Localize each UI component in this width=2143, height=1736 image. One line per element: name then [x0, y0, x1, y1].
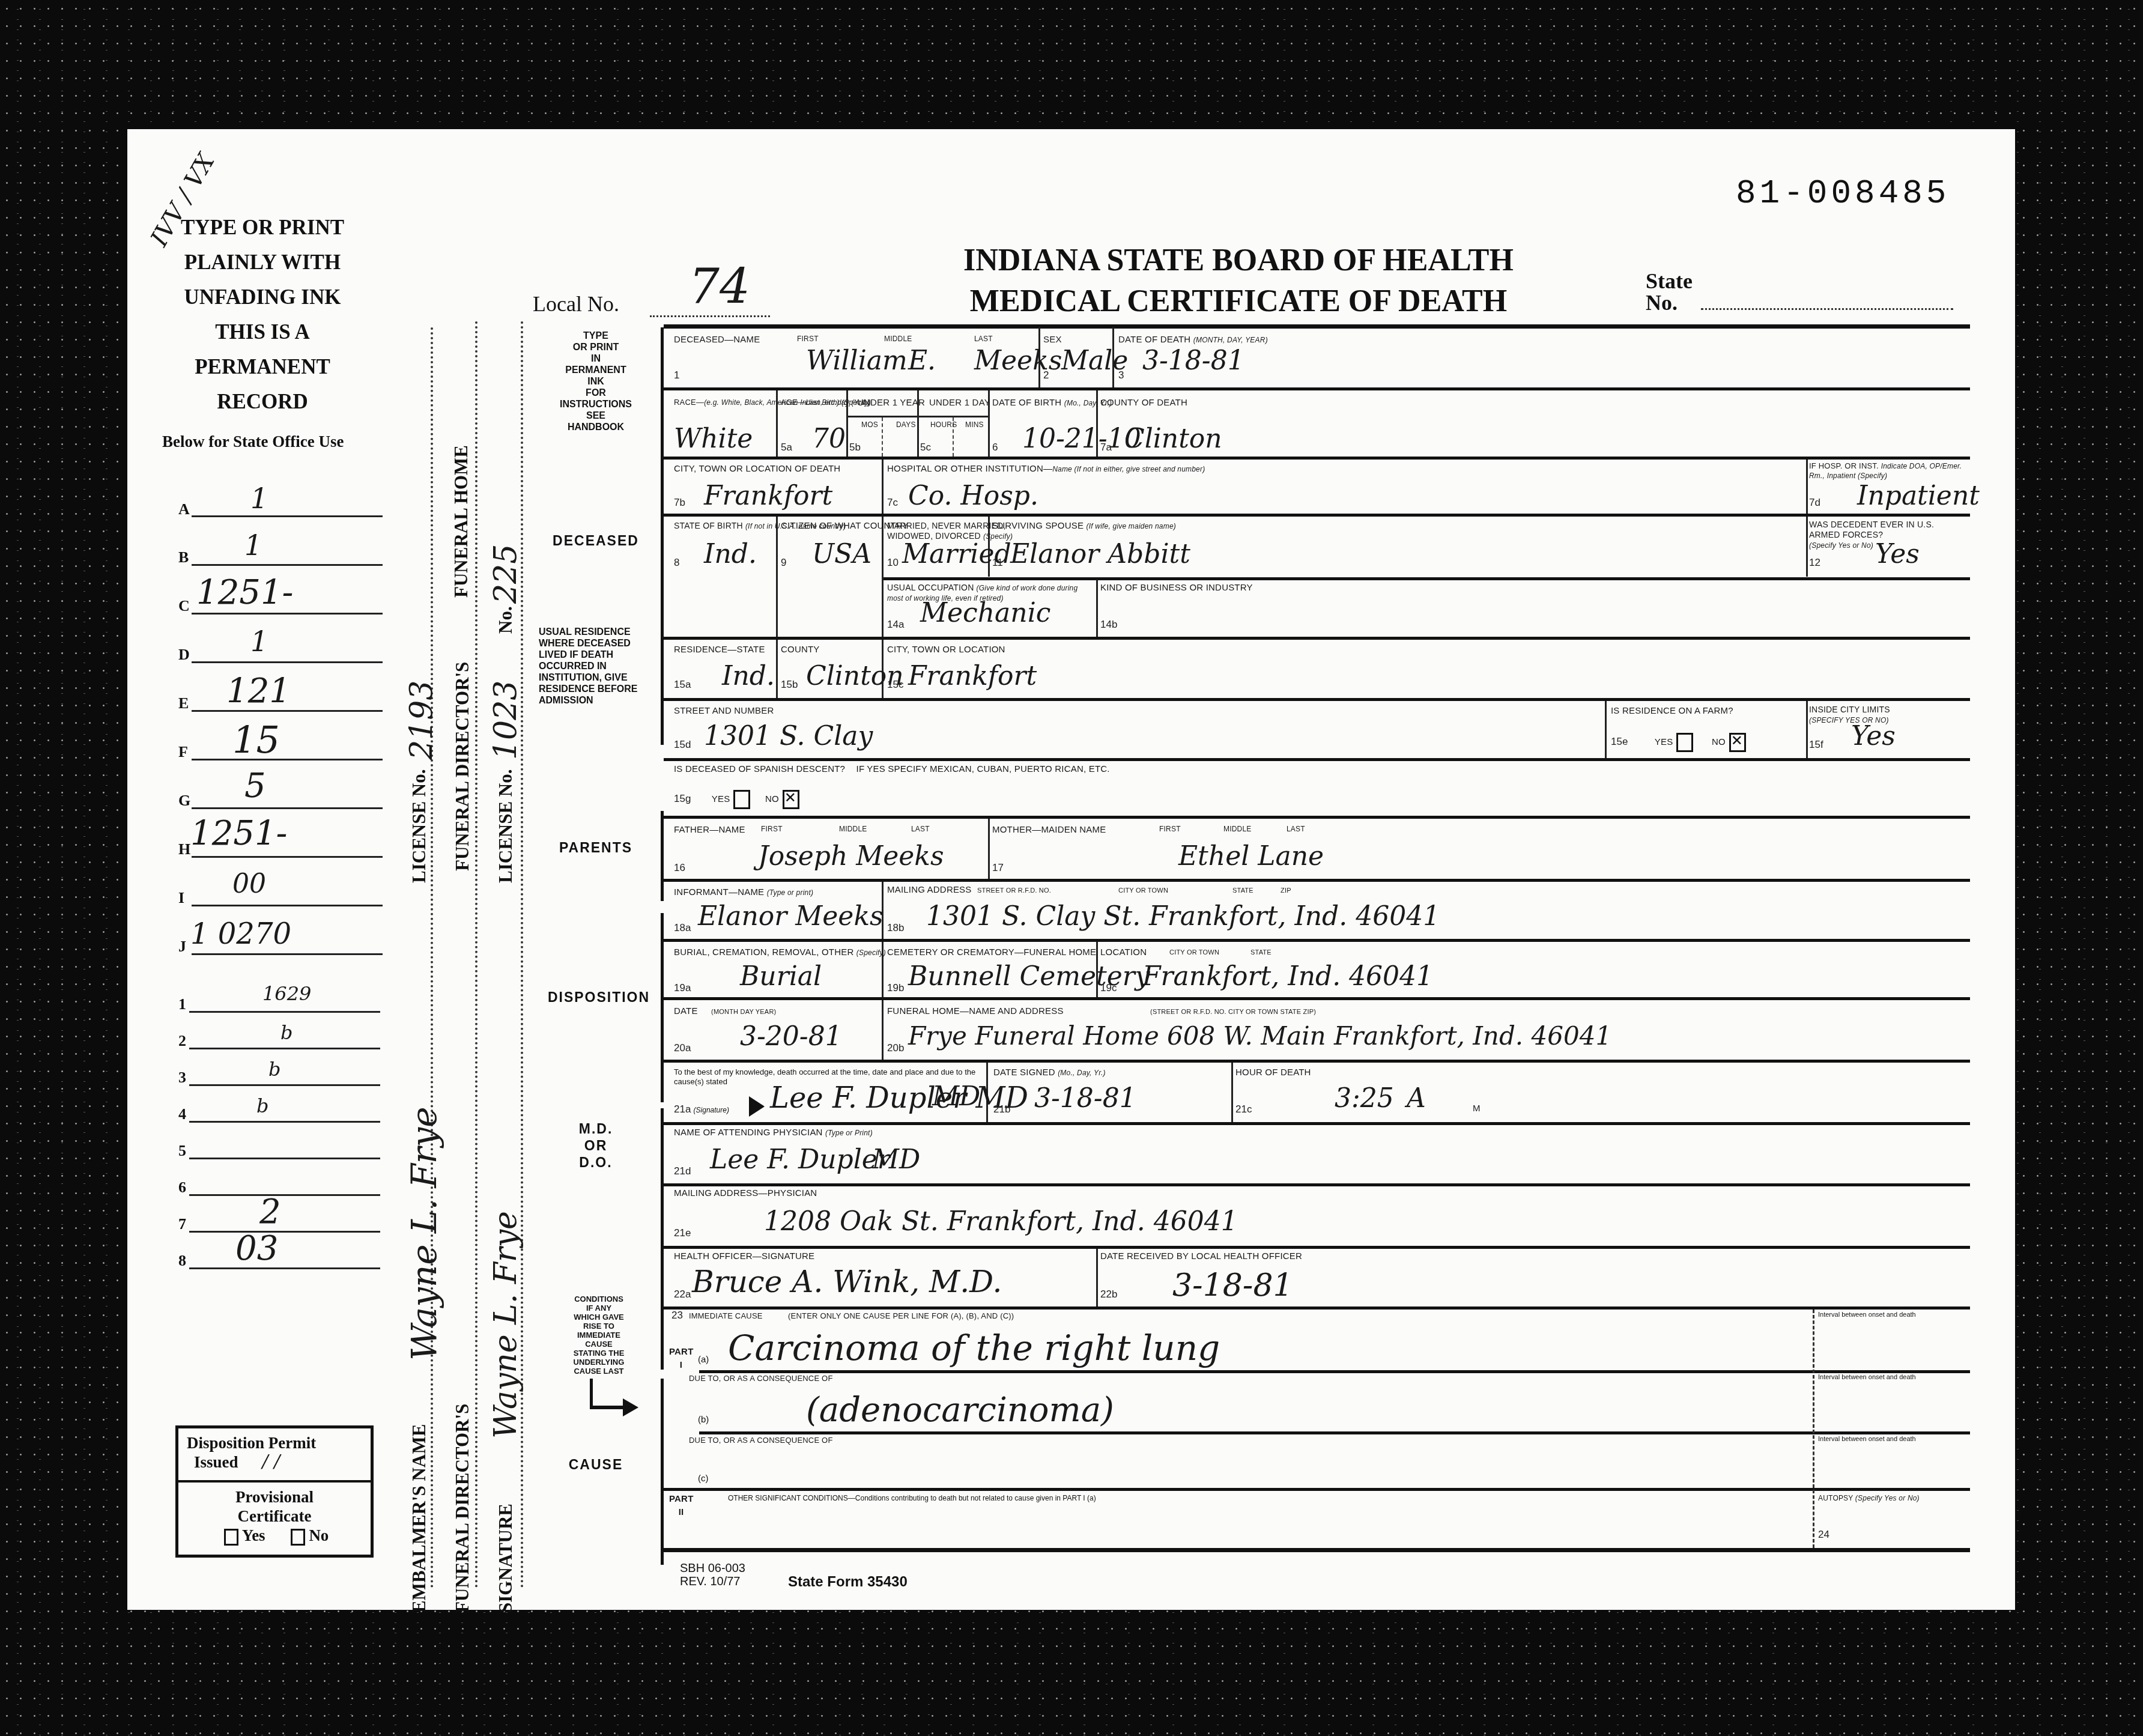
funeral-home-value[interactable]: Frye Funeral Home 608 W. Main Frankfort,…	[908, 1021, 1611, 1051]
issued-value: / /	[262, 1451, 280, 1472]
instruction-block: TYPE OR PRINT PLAINLY WITH UNFADING INK …	[163, 210, 362, 419]
funeral-home-no-label: No.	[495, 606, 517, 634]
occupation-value[interactable]: Mechanic	[920, 598, 1050, 628]
am-pm-value[interactable]: A	[1407, 1083, 1426, 1114]
state-row: J1 0270	[178, 906, 335, 955]
provisional-label: Provisional	[178, 1487, 371, 1507]
physician-address-value[interactable]: 1208 Oak St. Frankfort, Ind. 46041	[764, 1206, 1238, 1237]
death-certificate: IVV / VX TYPE OR PRINT PLAINLY WITH UNFA…	[127, 129, 2015, 1610]
state-row: 803	[178, 1233, 335, 1269]
page-title: INDIANA STATE BOARD OF HEALTH MEDICAL CE…	[944, 240, 1533, 322]
spanish-yes-checkbox[interactable]	[733, 790, 750, 809]
state-office-label: Below for State Office Use	[162, 432, 344, 451]
bracket	[661, 1379, 664, 1565]
surviving-spouse-value[interactable]: Elanor Abbitt	[1010, 539, 1190, 569]
local-no-value: 74	[689, 258, 750, 314]
race-value[interactable]: White	[674, 423, 753, 454]
state-row: 3b	[178, 1049, 335, 1086]
state-row: 72	[178, 1196, 335, 1233]
state-row: C1251-	[178, 566, 335, 615]
director-license-value: 1023	[488, 681, 524, 760]
farm-checkboxes: 15e YES NO	[1611, 733, 1750, 752]
title-line-2: MEDICAL CERTIFICATE OF DEATH	[944, 281, 1533, 322]
type-print-note: TYPEOR PRINTINPERMANENTINKFORINSTRUCTION…	[548, 330, 644, 433]
state-row: B1	[178, 517, 335, 566]
embalmer-license-label: LICENSE No.	[408, 769, 430, 884]
director-signature-label: FUNERAL DIRECTOR'S	[452, 1404, 473, 1613]
dotted-divider	[475, 321, 477, 1589]
embalmer-license-value: 2193	[404, 681, 440, 760]
certificate-label: Certificate	[178, 1507, 371, 1526]
state-row: D1	[178, 615, 335, 663]
title-line-1: INDIANA STATE BOARD OF HEALTH	[944, 240, 1533, 281]
certifier-degree: MD	[932, 1081, 980, 1112]
cemetery-location-value[interactable]: Frankfort, Ind. 46041	[1142, 961, 1433, 992]
residence-city-value[interactable]: Frankfort	[908, 661, 1037, 691]
citizenship-value[interactable]: USA	[812, 539, 871, 569]
instruction-line: THIS IS A	[163, 315, 362, 350]
health-officer-signature[interactable]: Bruce A. Wink, M.D.	[692, 1264, 1002, 1299]
usual-residence-note: USUAL RESIDENCEWHERE DECEASEDLIVED IF DE…	[539, 627, 665, 706]
deceased-name-label: DECEASED—NAME	[674, 335, 760, 345]
residence-state-value[interactable]: Ind.	[722, 661, 775, 691]
provisional-yes-checkbox[interactable]	[224, 1529, 238, 1546]
date-of-death-value[interactable]: 3-18-81	[1142, 345, 1244, 376]
state-row: 11629	[178, 976, 335, 1013]
cause-b-value[interactable]: (adenocarcinoma)	[806, 1391, 1114, 1430]
state-row: 6	[178, 1159, 335, 1196]
disposition-permit-box: Disposition Permit Issued/ / Provisional…	[175, 1425, 374, 1558]
instruction-line: RECORD	[163, 384, 362, 419]
state-row: 5	[178, 1123, 335, 1159]
informant-name-value[interactable]: Elanor Meeks	[698, 901, 884, 932]
bracket	[661, 811, 664, 901]
spanish-no-checkbox[interactable]	[783, 790, 799, 809]
spanish-checkboxes: 15g YES NO	[674, 790, 803, 809]
form-code: SBH 06-003 REV. 10/77	[680, 1562, 745, 1588]
embalmer-name-value: Wayne L. Frye	[404, 1107, 444, 1361]
funeral-home-label: FUNERAL HOME	[450, 445, 472, 598]
permit-label: Disposition Permit	[187, 1433, 365, 1452]
certifier-signature[interactable]: Lee F. Dupler MD	[770, 1081, 1028, 1115]
arrow-icon	[590, 1379, 593, 1409]
state-no-label: State No.	[1646, 270, 1693, 314]
signature-arrow-icon	[749, 1096, 765, 1117]
father-name-value[interactable]: Joseph Meeks	[758, 841, 944, 872]
burial-value[interactable]: Burial	[740, 961, 822, 992]
state-row: E121	[178, 663, 335, 712]
issued-label: Issued	[194, 1453, 238, 1471]
hour-of-death-value[interactable]: 3:25	[1335, 1083, 1394, 1114]
section-md-do: M.D.ORD.O.	[548, 1120, 644, 1171]
conditions-note: CONDITIONSIF ANYWHICH GAVERISE TOIMMEDIA…	[557, 1294, 641, 1376]
state-row: 2b	[178, 1013, 335, 1049]
bracket	[661, 1108, 664, 1370]
director-license-label-1: FUNERAL DIRECTOR'S	[452, 662, 473, 871]
local-no-line	[650, 315, 770, 317]
state-no-line	[1701, 308, 1953, 310]
date-of-birth-value[interactable]: 10-21-10	[1022, 423, 1141, 454]
state-of-birth-value[interactable]: Ind.	[704, 539, 757, 569]
state-row: A1	[178, 488, 335, 517]
deceased-middle-name[interactable]: E.	[908, 345, 936, 376]
physician-name-value[interactable]: Lee F. Dupler	[710, 1144, 890, 1175]
state-form-number: State Form 35430	[788, 1574, 908, 1591]
section-cause: CAUSE	[548, 1457, 644, 1473]
instruction-line: UNFADING INK	[163, 280, 362, 315]
instruction-line: TYPE OR PRINT	[163, 210, 362, 245]
local-no-label: Local No.	[533, 291, 619, 317]
residence-street-value[interactable]: 1301 S. Clay	[704, 721, 873, 751]
disposition-date-value[interactable]: 3-20-81	[740, 1021, 842, 1052]
director-license-label-2: LICENSE No.	[495, 769, 517, 884]
arrow-head-icon	[623, 1398, 638, 1416]
certificate-number: 81-008485	[1736, 174, 1950, 213]
section-parents: PARENTS	[548, 840, 644, 856]
age-value[interactable]: 70	[812, 423, 846, 454]
section-deceased: DECEASED	[548, 533, 644, 549]
hospital-value[interactable]: Co. Hosp.	[908, 481, 1038, 511]
state-row: F15	[178, 712, 335, 760]
provisional-no-checkbox[interactable]	[291, 1529, 305, 1546]
informant-address-value[interactable]: 1301 S. Clay St. Frankfort, Ind. 46041	[926, 901, 1440, 932]
farm-no-checkbox[interactable]	[1729, 733, 1746, 752]
city-of-death-value[interactable]: Frankfort	[704, 481, 832, 511]
funeral-home-no-value: 225	[488, 544, 524, 604]
state-office-letter-rows: A1 B1 C1251- D1 E121 F15 G5 H1251- I00 J…	[178, 488, 335, 955]
date-signed-value[interactable]: 3-18-81	[1034, 1083, 1136, 1114]
other-conditions-label: OTHER SIGNIFICANT CONDITIONS—Conditions …	[728, 1494, 1096, 1502]
armed-forces-value[interactable]: Yes	[1875, 539, 1920, 569]
director-signature-value: Wayne L. Frye	[488, 1211, 524, 1439]
inside-city-limits-value[interactable]: Yes	[1851, 721, 1896, 751]
mother-name-value[interactable]: Ethel Lane	[1178, 841, 1324, 872]
signature-label: SIGNATURE	[495, 1504, 517, 1613]
embalmer-name-label: EMBALMER'S NAME	[408, 1424, 430, 1613]
cause-a-value[interactable]: Carcinoma of the right lung	[728, 1328, 1220, 1368]
physician-degree: MD	[872, 1144, 920, 1175]
hospital-status-value[interactable]: Inpatient	[1857, 481, 1980, 511]
instruction-line: PERMANENT	[163, 350, 362, 384]
state-row: G5	[178, 760, 335, 809]
arrow-icon	[590, 1406, 626, 1409]
state-row: H1251-	[178, 809, 335, 858]
deceased-first-name[interactable]: William	[806, 345, 908, 376]
date-received-value[interactable]: 3-18-81	[1172, 1267, 1293, 1304]
state-row: 4b	[178, 1086, 335, 1123]
dotted-divider	[431, 327, 433, 1589]
state-office-number-rows: 11629 2b 3b 4b 5 6 72 803	[178, 976, 335, 1269]
county-of-death-value[interactable]: Clinton	[1124, 423, 1222, 454]
section-disposition: DISPOSITION	[542, 989, 656, 1006]
state-row: I00	[178, 858, 335, 906]
instruction-line: PLAINLY WITH	[163, 245, 362, 280]
farm-yes-checkbox[interactable]	[1676, 733, 1693, 752]
